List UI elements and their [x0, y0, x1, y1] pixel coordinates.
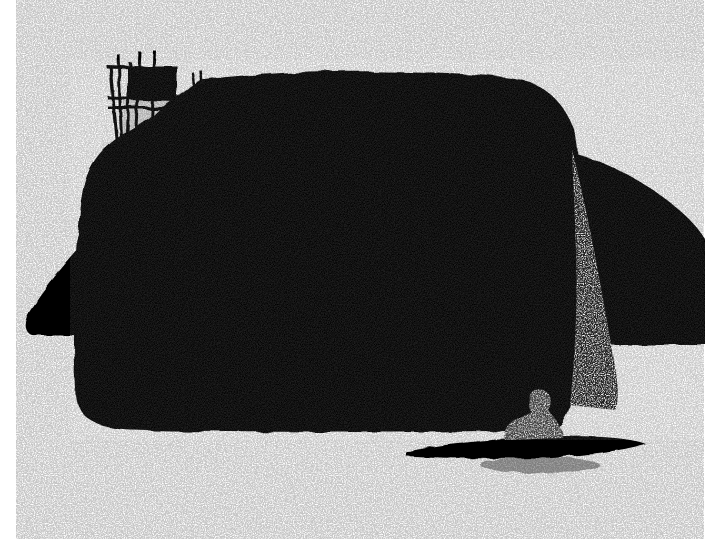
- light-speckle-texture: [70, 60, 719, 440]
- artwork-canvas: Grainy black-and-white illustration of a…: [0, 0, 719, 539]
- left-margin: [0, 0, 16, 539]
- illustration: [0, 0, 719, 539]
- right-margin: [705, 0, 719, 539]
